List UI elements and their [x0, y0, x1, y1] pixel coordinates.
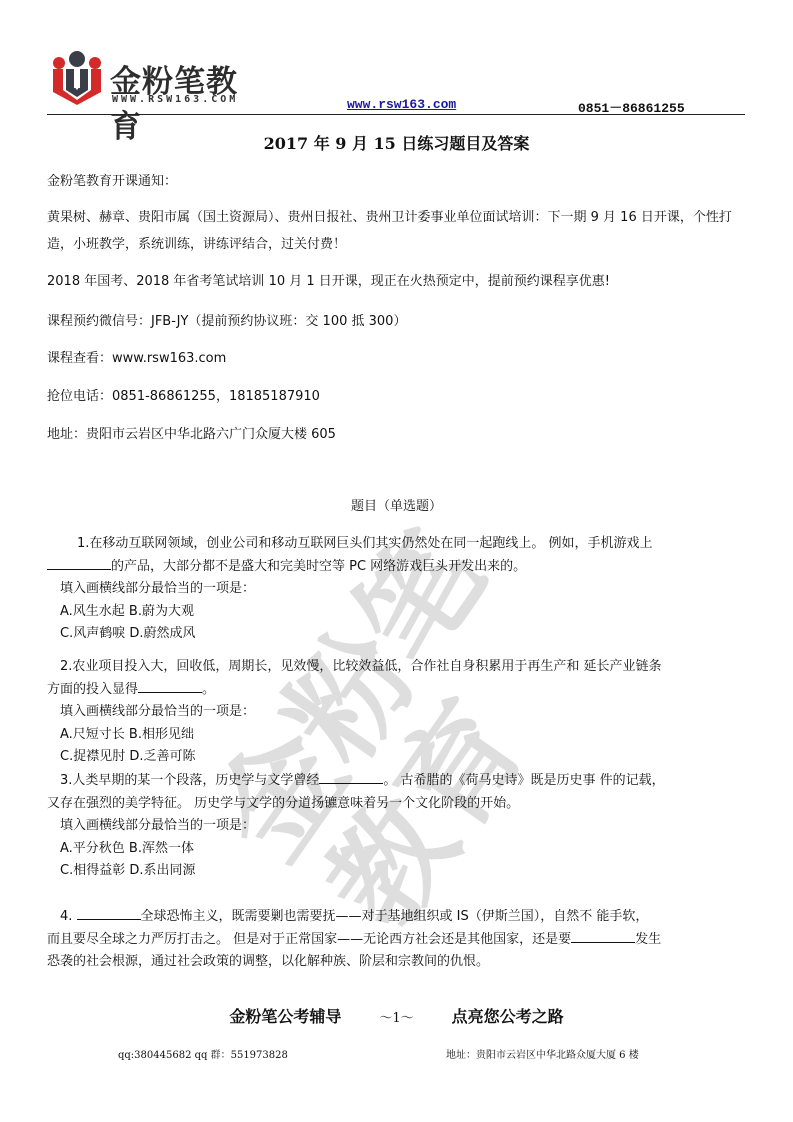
notice-line-5: 抢位电话：0851-86861255，18185187910	[47, 383, 747, 410]
q3-stem-b: 。 古希腊的《荷马史诗》既是历史事 件的记载，	[383, 773, 664, 788]
notice-line-2: 2018 年国考、2018 年省考笔试培训 10 月 1 日开课，现正在火热预定…	[47, 268, 747, 295]
page-number: ～1～	[379, 1007, 413, 1026]
q3-stem-a: 3.人类早期的某一个段落，历史学与文学曾经	[60, 773, 319, 788]
notice-line-6: 地址：贵阳市云岩区中华北路六广门众厦大楼 605	[47, 421, 747, 448]
header-divider	[47, 114, 745, 115]
q4-stem-d: 发生	[635, 932, 661, 947]
q1-stem-b: 的产品，大部分都不是盛大和完美时空等 PC 网络游戏巨头开发出来的。	[111, 559, 526, 574]
question-3: 3.人类早期的某一个段落，历史学与文学曾经。 古希腊的《荷马史诗》既是历史事 件…	[47, 770, 747, 883]
q1-options-cd: C.风声鹤唳 D.蔚然成风	[47, 623, 747, 646]
q2-stem-a: 2.农业项目投入大，回收低，周期长，见效慢，比较效益低，合作社自身积累用于再生产…	[60, 659, 662, 674]
q2-prompt: 填入画横线部分最恰当的一项是：	[47, 701, 747, 724]
brand-logo: 金粉笔教育 WWW.RSW163.COM	[50, 50, 250, 106]
q2-stem-b: 方面的投入显得	[47, 682, 138, 697]
footer-address: 地址：贵阳市云岩区中华北路众厦大厦 6 楼	[446, 1046, 639, 1061]
footer-right: 点亮您公考之路	[452, 1004, 564, 1027]
q2-options-cd: C.捉襟见肘 D.乏善可陈	[47, 746, 747, 769]
q3-stem-c: 又存在强烈的美学特征。 历史学与文学的分道扬镳意味着另一个文化阶段的开始。	[47, 793, 747, 816]
q4-stem-b: 全球恐怖主义，既需要剿也需要抚——对于基地组织或 IS（伊斯兰国），自然不 能手…	[141, 909, 649, 924]
notice-heading: 金粉笔教育开课通知：	[47, 168, 747, 195]
q4-stem-c: 而且要尽全球之力严厉打击之。 但是对于正常国家——无论西方社会还是其他国家，还是…	[47, 932, 571, 947]
notice-line-3: 课程预约微信号：JFB-JY（提前预约协议班：交 100 抵 300）	[47, 308, 747, 335]
q4-blank-2	[571, 930, 635, 943]
q3-options-ab: A.平分秋色 B.浑然一体	[47, 838, 747, 861]
footer-left: 金粉笔公考辅导	[229, 1004, 341, 1027]
q1-prompt: 填入画横线部分最恰当的一项是：	[47, 578, 747, 601]
q4-blank-1	[77, 907, 141, 920]
footer-slogan: 金粉笔公考辅导～1～点亮您公考之路	[0, 1004, 793, 1027]
page-title: 2017 年 9 月 15 日练习题目及答案	[0, 131, 793, 154]
q2-blank	[138, 680, 202, 693]
q4-stem-e: 恐袭的社会根源，通过社会政策的调整，以化解种族、阶层和宗教间的仇恨。	[47, 951, 747, 974]
question-2: 2.农业项目投入大，回收低，周期长，见效慢，比较效益低，合作社自身积累用于再生产…	[47, 656, 747, 769]
q3-blank	[319, 771, 383, 784]
q3-options-cd: C.相得益彰 D.系出同源	[47, 860, 747, 883]
question-4: 4. 全球恐怖主义，既需要剿也需要抚——对于基地组织或 IS（伊斯兰国），自然不…	[47, 906, 747, 974]
question-1: 1.在移动互联网领域，创业公司和移动互联网巨头们其实仍然处在同一起跑线上。 例如…	[47, 533, 747, 646]
document-page: 金粉笔教育 WWW.RSW163.COM www.rsw163.com 0851…	[0, 0, 793, 1122]
section-title: 题目（单选题）	[0, 493, 793, 520]
q4-stem-a: 4.	[60, 909, 77, 924]
footer-qq: qq:380445682 qq 群：551973828	[118, 1046, 288, 1061]
q1-stem-a: 1.在移动互联网领域，创业公司和移动互联网巨头们其实仍然处在同一起跑线上。 例如…	[77, 536, 653, 551]
notice-line-1: 黄果树、赫章、贵阳市属（国土资源局）、贵州日报社、贵州卫计委事业单位面试培训：下…	[47, 204, 747, 258]
notice-line-4: 课程查看：www.rsw163.com	[47, 345, 747, 372]
logo-emblem-icon	[50, 50, 104, 106]
q1-options-ab: A.风生水起 B.蔚为大观	[47, 601, 747, 624]
q1-blank	[47, 557, 111, 570]
logo-url: WWW.RSW163.COM	[112, 94, 238, 105]
q3-prompt: 填入画横线部分最恰当的一项是：	[47, 815, 747, 838]
header-site-link[interactable]: www.rsw163.com	[347, 97, 456, 112]
q2-options-ab: A.尺短寸长 B.相形见绌	[47, 724, 747, 747]
q2-stem-c: 。	[202, 682, 215, 697]
